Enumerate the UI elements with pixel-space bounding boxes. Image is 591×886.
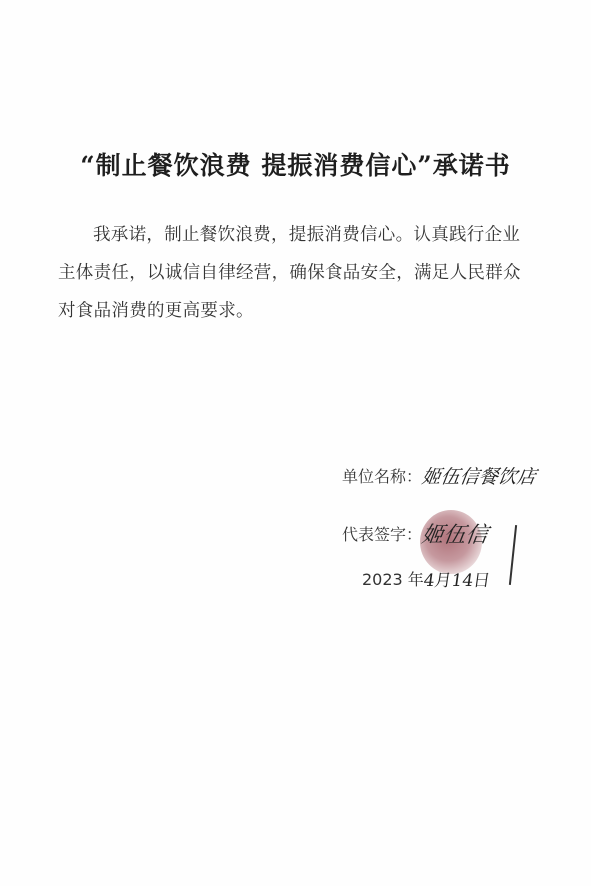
signature-stroke — [509, 525, 517, 585]
unit-name-row: 单位名称：姬伍信餐饮店 — [342, 462, 536, 489]
representative-label: 代表签字： — [342, 522, 422, 545]
unit-name-handwritten: 姬伍信餐饮店 — [420, 462, 538, 489]
document-title: “制止餐饮浪费 提振消费信心”承诺书 — [0, 146, 591, 182]
date-row: 2023 年4月14日 — [362, 566, 490, 591]
unit-name-label: 单位名称： — [342, 464, 422, 487]
pledge-body-text: 我承诺，制止餐饮浪费，提振消费信心。认真践行企业主体责任，以诚信自律经营，确保食… — [58, 216, 536, 330]
date-handwritten: 4月14日 — [422, 566, 492, 591]
representative-signature: 姬伍信 — [420, 518, 490, 549]
date-year: 2023 年 — [362, 567, 424, 590]
representative-row: 代表签字：姬伍信 — [342, 518, 488, 549]
